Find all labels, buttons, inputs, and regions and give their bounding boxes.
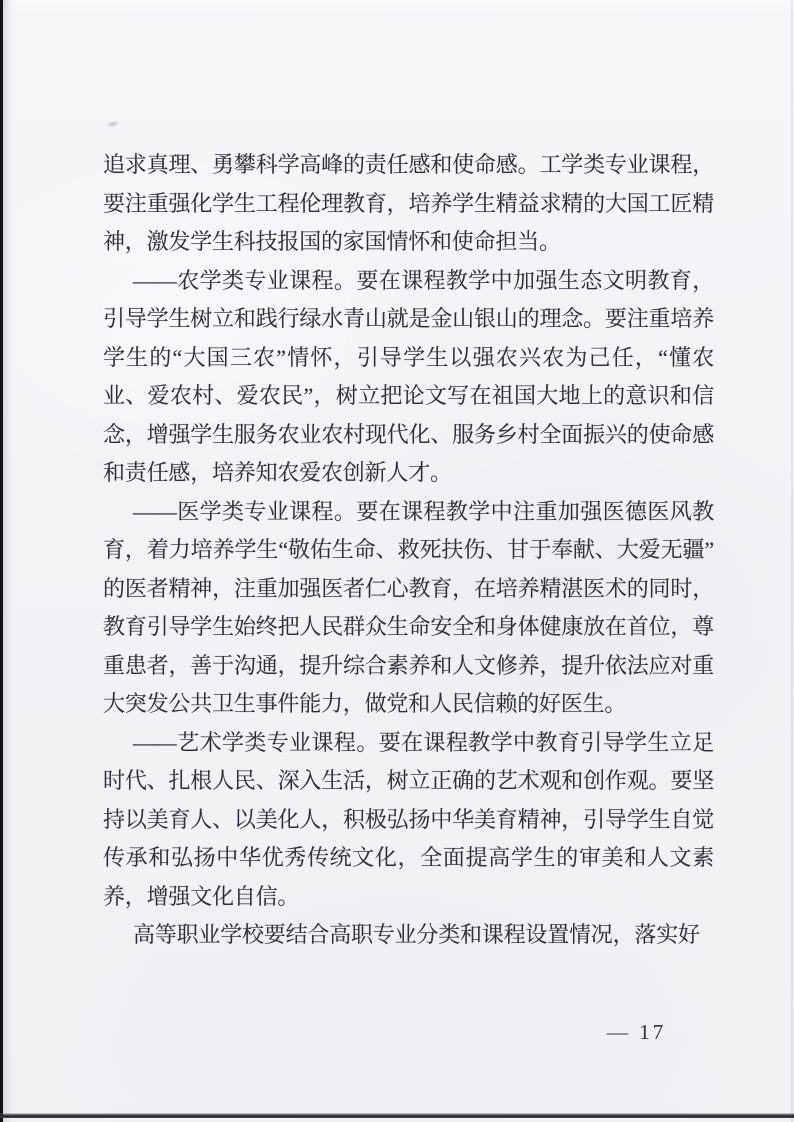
scan-smudge [105, 119, 120, 128]
body-paragraph-agriculture: ——农学类专业课程。要在课程教学中加强生态文明教育，引导学生树立和践行绿水青山就… [103, 262, 714, 493]
body-paragraph-art: ——艺术学类专业课程。要在课程教学中教育引导学生立足时代、扎根人民、深入生活，树… [103, 724, 714, 917]
scan-edge-left-shadow [3, 0, 12, 1122]
body-paragraph-medicine: ——医学类专业课程。要在课程教学中注重加强医德医风教育，着力培养学生“敬佑生命、… [103, 493, 714, 724]
scanned-page: 追求真理、勇攀科学高峰的责任感和使命感。工学类专业课程，要注重强化学生工程伦理教… [0, 0, 794, 1122]
document-body: 追求真理、勇攀科学高峰的责任感和使命感。工学类专业课程，要注重强化学生工程伦理教… [103, 146, 714, 955]
body-paragraph-vocational: 高等职业学校要结合高职专业分类和课程设置情况，落实好 [103, 916, 714, 955]
scan-edge-top [0, 0, 794, 12]
scan-edge-right [791, 0, 793, 1122]
scan-edge-bottom [0, 1113, 794, 1118]
page-number: — 17 [607, 1020, 666, 1045]
body-paragraph-continuation: 追求真理、勇攀科学高峰的责任感和使命感。工学类专业课程，要注重强化学生工程伦理教… [103, 146, 714, 262]
